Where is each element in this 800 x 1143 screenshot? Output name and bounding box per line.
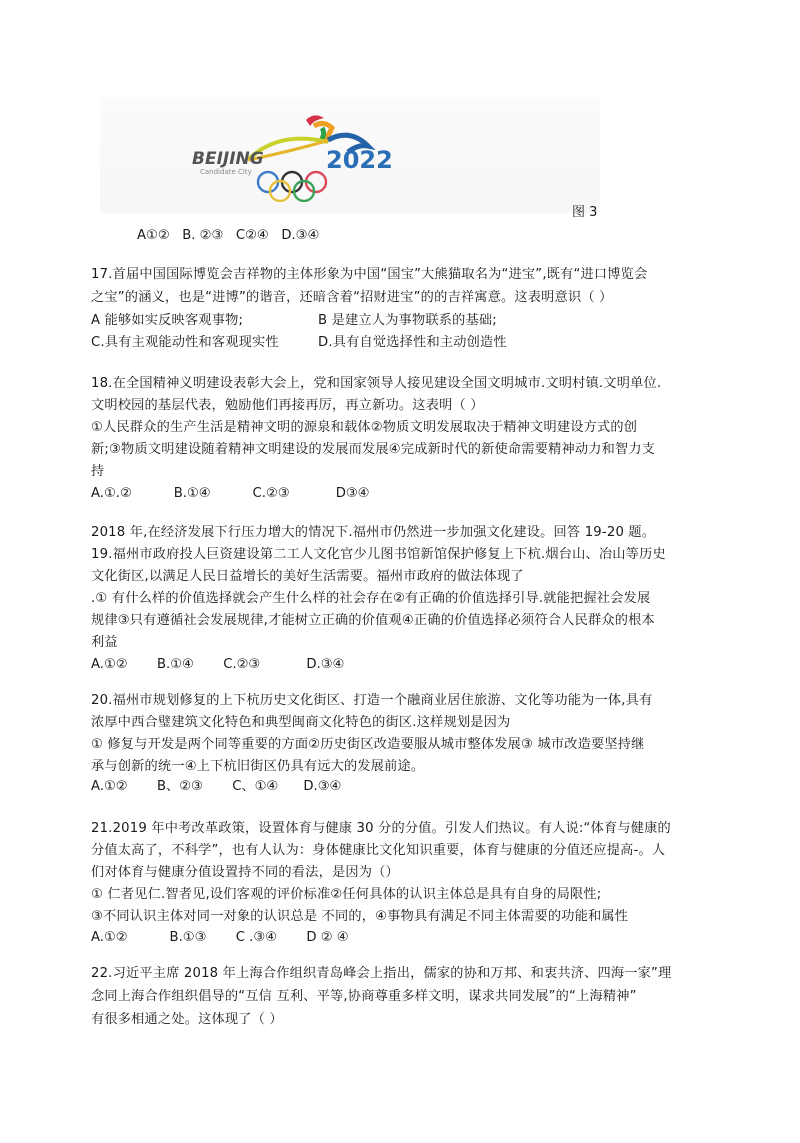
- q18-statement-line-1: ①人民群众的生产生活是精神文明的源泉和载体②物质文明发展取决于精神文明建设方式的…: [91, 419, 637, 437]
- q18-answer-options: A.①.② B.①④ C.②③ D③④: [91, 485, 370, 503]
- q17-choice-a: A 能够如实反映客观事物;: [91, 312, 243, 330]
- q18-statement-line-3: 持: [91, 463, 104, 481]
- q22-stem-line-1: 22.习近平主席 2018 年上海合作组织青岛峰会上指出，儒家的协和万邦、和衷共…: [91, 965, 671, 983]
- q19-statement-line-2: 规律③只有遵循社会发展规律,才能树立正确的价值观④正确的价值选择必须符合人民群众…: [91, 612, 655, 630]
- q21-stem-line-3: 们对体育与健康分值设置持不同的看法，是因为（）: [91, 864, 399, 882]
- q17-stem-line-1: 17.首届中国国际博览会吉祥物的主体形象为中国“国宝”大熊猫取名为“进宝”,既有…: [91, 266, 647, 284]
- q18-statement-line-2: 新;③物质文明建设随着精神文明建设的发展而发展④完成新时代的新使命需要精神动力和…: [91, 441, 655, 459]
- q21-stem-line-1: 21.2019 年中考改革政策，设置体育与健康 30 分的分值。引发人们热议。有…: [91, 820, 671, 838]
- q20-statement-line-1: ① 修复与开发是两个同等重要的方面②历史街区改造要服从城市整体发展③ 城市改造要…: [91, 736, 645, 754]
- q20-stem-line-2: 浓厚中西合璧建筑文化特色和典型闽商文化特色的街区.这样规划是因为: [91, 714, 510, 732]
- q19-statement-line-3: 利益: [91, 634, 118, 652]
- q19-answer-options: A.①② B.①④ C.②③ D.③④: [91, 656, 344, 674]
- q17-choice-c: C.具有主观能动性和客观现实性: [91, 334, 279, 352]
- q17-choice-b: B 是建立人为事物联系的基础;: [318, 312, 497, 330]
- svg-text:Candidate City: Candidate City: [200, 168, 252, 176]
- q20-statement-line-2: 承与创新的统一④上下杭旧街区仍具有远大的发展前途。: [91, 758, 424, 776]
- figure-label: 图 3: [572, 201, 597, 220]
- q20-answer-options: A.①② B、②③ C、①④ D.③④: [91, 778, 341, 796]
- q19-stem-line-2: 文化街区,以满足人民日益增长的美好生活需要。福州市政府的做法体现了: [91, 568, 524, 586]
- q22-stem-line-2: 念同上海合作组织倡导的“互信 互利、平等,协商尊重多样文明，谋求共同发展”的“上…: [91, 988, 637, 1006]
- q19-20-intro: 2018 年,在经济发展下行压力增大的情况下.福州市仍然进一步加强文化建设。回答…: [91, 524, 655, 542]
- q18-stem-line-2: 文明校园的基层代表，勉励他们再接再厉，再立新功。这表明（ ）: [91, 397, 484, 415]
- q20-stem-line-1: 20.福州市规划修复的上下杭历史文化街区、打造一个融商业居住旅游、文化等功能为一…: [91, 692, 652, 710]
- beijing-2022-logo-image: BEIJING Candidate City 2022: [188, 112, 448, 202]
- q18-stem-line-1: 18.在全国精神义明建设表彰大会上，党和国家领导人接见建设全国文明城市.文明村镇…: [91, 375, 661, 393]
- q21-statement-line-2: ③不同认识主体对同一对象的认识总是 不同的，④事物具有满足不同主体需要的功能和属…: [91, 908, 628, 926]
- svg-text:2022: 2022: [326, 146, 393, 174]
- q17-stem-line-2: 之宝”的涵义，也是“进博”的谐音，还暗含着“招财进宝”的的吉祥寓意。这表明意识（…: [91, 289, 613, 307]
- q21-stem-line-2: 分值太高了，不科学”，也有人认为：身体健康比文化知识重要，体育与健康的分值还应提…: [91, 842, 665, 860]
- q21-answer-options: A.①② B.①③ C .③④ D ② ④: [91, 929, 349, 947]
- q21-statement-line-1: ① 仁者见仁.智者见,设们客观的评价标准②任何具体的认识主体总是具有自身的局限性…: [91, 886, 601, 904]
- svg-text:BEIJING: BEIJING: [192, 149, 264, 169]
- q19-stem-line-1: 19.福州市政府投人巨资建设第二工人文化官少儿图书馆新馆保护修复上下杭.烟台山、…: [91, 546, 666, 564]
- exam-page: BEIJING Candidate City 2022 图 3 A①② B. ②…: [0, 0, 800, 1143]
- q19-statement-line-1: .① 有什么样的价值选择就会产生什么样的社会存在②有正确的价值选择引导.就能把握…: [91, 590, 650, 608]
- q16-answer-options: A①② B. ②③ C②④ D.③④: [137, 227, 319, 245]
- q17-choice-d: D.具有自觉选择性和主动创造性: [318, 334, 507, 352]
- q22-stem-line-3: 有很多相通之处。这体现了（ ）: [91, 1011, 283, 1029]
